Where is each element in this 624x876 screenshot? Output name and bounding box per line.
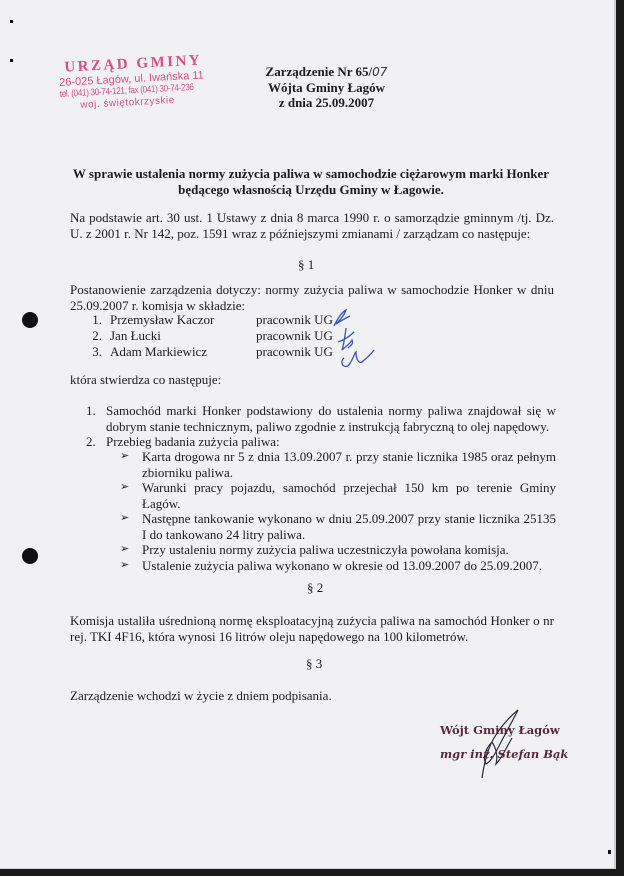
- scan-speck: [608, 850, 611, 854]
- test-detail-item: ➢ Przy ustaleniu normy zużycia paliwa uc…: [120, 542, 556, 558]
- section-2-text: Komisja ustaliła uśrednioną normę eksplo…: [70, 613, 554, 645]
- commission-members: 1. Przemysław Kaczor pracownik UG 2. Jan…: [84, 312, 333, 360]
- test-detail-item: ➢ Warunki pracy pojazdu, samochód przeje…: [120, 480, 556, 511]
- member-row: 2. Jan Łucki pracownik UG: [84, 328, 333, 344]
- section-3-heading: § 3: [306, 656, 322, 672]
- member-name: Jan Łucki: [110, 328, 256, 344]
- section-1-heading: § 1: [298, 257, 314, 273]
- arrow-bullet-icon: ➢: [120, 511, 142, 542]
- member-name: Przemysław Kaczor: [110, 312, 256, 328]
- arrow-bullet-icon: ➢: [120, 480, 142, 511]
- commission-signatures: [328, 306, 388, 372]
- arrow-bullet-icon: ➢: [120, 558, 142, 574]
- member-name: Adam Markiewicz: [110, 344, 256, 360]
- scan-speck: [10, 59, 13, 62]
- member-row: 1. Przemysław Kaczor pracownik UG: [84, 312, 333, 328]
- ordinance-number: Zarządzenie Nr 65/07: [244, 64, 409, 80]
- test-details-list: ➢ Karta drogowa nr 5 z dnia 13.09.2007 r…: [120, 449, 556, 573]
- member-role: pracownik UG: [256, 328, 333, 344]
- member-role: pracownik UG: [256, 344, 333, 360]
- findings-list: 1. Samochód marki Honker podstawiony do …: [86, 403, 556, 450]
- office-stamp: URZĄD GMINY 26-025 Łagów, ul. Iwańska 11…: [58, 50, 250, 112]
- arrow-bullet-icon: ➢: [120, 449, 142, 480]
- preamble: Na podstawie art. 30 ust. 1 Ustawy z dni…: [70, 210, 554, 242]
- section-3-text: Zarządzenie wchodzi w życie z dniem podp…: [70, 688, 554, 704]
- test-detail-item: ➢ Następne tankowanie wykonano w dniu 25…: [120, 511, 556, 542]
- ordinance-date: z dnia 25.09.2007: [244, 95, 409, 110]
- document-title: W sprawie ustalenia normy zużycia paliwa…: [66, 166, 556, 198]
- punch-hole: [22, 548, 38, 564]
- scan-speck: [10, 20, 13, 23]
- member-role: pracownik UG: [256, 312, 333, 328]
- ordinance-issuer: Wójta Gminy Łagów: [244, 80, 409, 95]
- member-row: 3. Adam Markiewicz pracownik UG: [84, 344, 333, 360]
- findings-intro: która stwierdza co następuje:: [70, 372, 554, 388]
- test-detail-item: ➢ Ustalenie zużycia paliwa wykonano w ok…: [120, 558, 556, 574]
- handwritten-year: 07: [372, 65, 387, 79]
- arrow-bullet-icon: ➢: [120, 542, 142, 558]
- finding-item: 2. Przebieg badania zużycia paliwa:: [86, 434, 556, 450]
- section-2-heading: § 2: [307, 580, 323, 596]
- section-1-intro: Postanowienie zarządzenia dotyczy: normy…: [70, 282, 554, 314]
- test-detail-item: ➢ Karta drogowa nr 5 z dnia 13.09.2007 r…: [120, 449, 556, 480]
- punch-hole: [22, 312, 38, 328]
- ordinance-header: Zarządzenie Nr 65/07 Wójta Gminy Łagów z…: [244, 64, 409, 110]
- document-page: URZĄD GMINY 26-025 Łagów, ul. Iwańska 11…: [0, 0, 616, 869]
- finding-item: 1. Samochód marki Honker podstawiony do …: [86, 403, 556, 434]
- mayor-handwritten-signature: [468, 708, 528, 782]
